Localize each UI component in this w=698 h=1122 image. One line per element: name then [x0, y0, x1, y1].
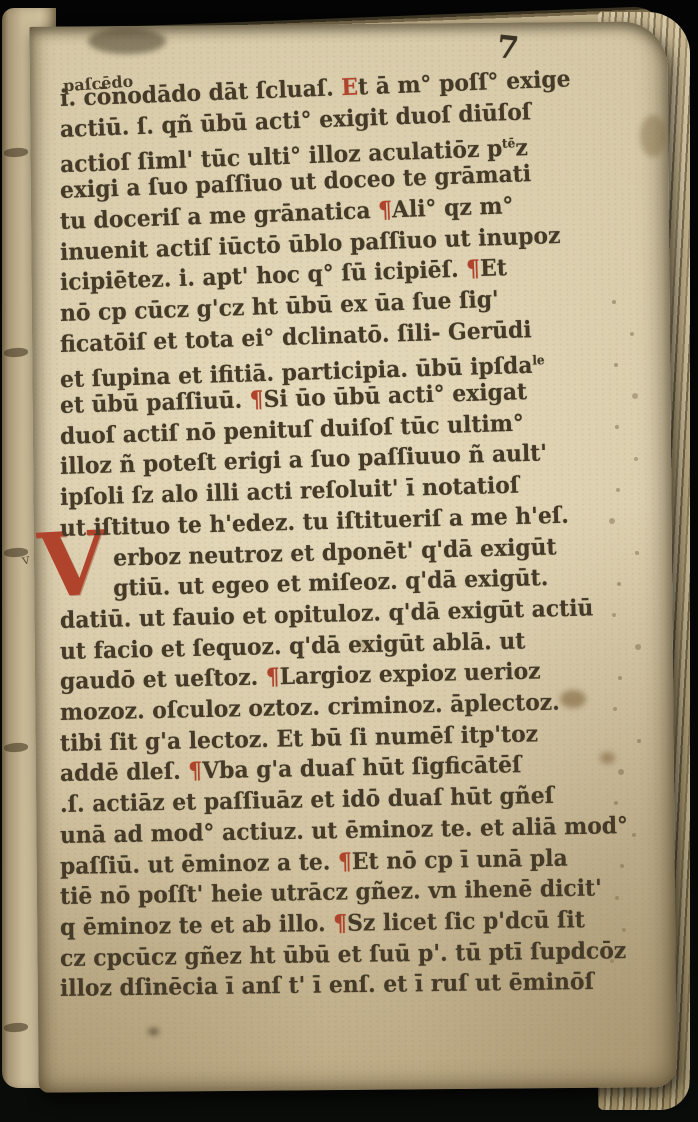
- manuscript-line: addē dleſ. ¶Vba g'a duaſ hūt ſigficātēſ: [60, 753, 522, 788]
- line-text: z: [515, 134, 528, 161]
- rubric-mark: ¶: [338, 848, 352, 875]
- photo-background: 7 paſcēdo v V i. cōnodādo dāt ſcluaſ. Et…: [0, 0, 698, 1122]
- rubric-mark: E: [341, 74, 359, 102]
- line-text: paſſiū. ut ēminoz a te.: [60, 848, 338, 880]
- manuscript-line: .ſ. actiāz et paſſiuāz et idō duaſ hūt g…: [60, 783, 554, 818]
- line-text: unā ad mod° actiuz. ut ēminoz te. et ali…: [60, 812, 628, 849]
- line-text: Largioz expioz uerioz: [279, 658, 540, 691]
- line-text: Sz licet ſic p'dcū ſit: [347, 906, 585, 937]
- line-text: et ūbū paſſiuū.: [60, 386, 251, 419]
- line-text: t ā m° poſſ° exige: [357, 65, 571, 100]
- line-text: cz cpcūcz gñez ht ūbū et ſuū p'. tū ptī …: [60, 937, 627, 972]
- line-text: Ali° qz m°: [392, 192, 514, 223]
- text-block: i. cōnodādo dāt ſcluaſ. Et ā m° poſſ° ex…: [0, 0, 698, 1122]
- rubric-mark: ¶: [466, 255, 481, 282]
- line-text: Et nō cp ī unā pla: [352, 844, 568, 875]
- line-text: .ſ. actiāz et paſſiuāz et idō duaſ hūt g…: [60, 782, 554, 818]
- line-text: addē dleſ.: [60, 758, 189, 787]
- line-text: mozoz. oſculoz oztoz. criminoz. āplectoz…: [60, 689, 560, 726]
- rubric-mark: ¶: [188, 758, 202, 785]
- manuscript-line: illoz dſinēcia ī anſ t' ī enſ. et ī ruſ …: [60, 969, 594, 1002]
- rubric-mark: ¶: [378, 196, 393, 223]
- manuscript-line: cz cpcūcz gñez ht ūbū et ſuū p'. tū ptī …: [60, 938, 627, 972]
- manuscript-line: paſſiū. ut ēminoz a te. ¶Et nō cp ī unā …: [60, 845, 568, 879]
- manuscript-line: q ēminoz te et ab illo. ¶Sz licet ſic p'…: [60, 907, 585, 941]
- line-text: Vba g'a duaſ hūt ſigficātēſ: [202, 752, 522, 785]
- line-text: gaudō et ueſtoz.: [60, 664, 266, 695]
- line-text: Et: [480, 254, 508, 282]
- line-text: le: [532, 352, 545, 367]
- rubric-mark: ¶: [249, 386, 264, 413]
- line-text: q ēminoz te et ab illo.: [60, 910, 334, 941]
- line-text: tē: [502, 136, 516, 151]
- manuscript-line: unā ad mod° actiuz. ut ēminoz te. et ali…: [60, 813, 628, 849]
- line-text: illoz dſinēcia ī anſ t' ī enſ. et ī ruſ …: [60, 968, 594, 1002]
- manuscript-line: tiē nō poſſt' heie utrācz gñez. vn ihenē…: [60, 876, 602, 911]
- rubric-mark: ¶: [333, 910, 347, 937]
- rubric-mark: ¶: [266, 664, 280, 691]
- line-text: tiē nō poſſt' heie utrācz gñez. vn ihenē…: [60, 875, 602, 911]
